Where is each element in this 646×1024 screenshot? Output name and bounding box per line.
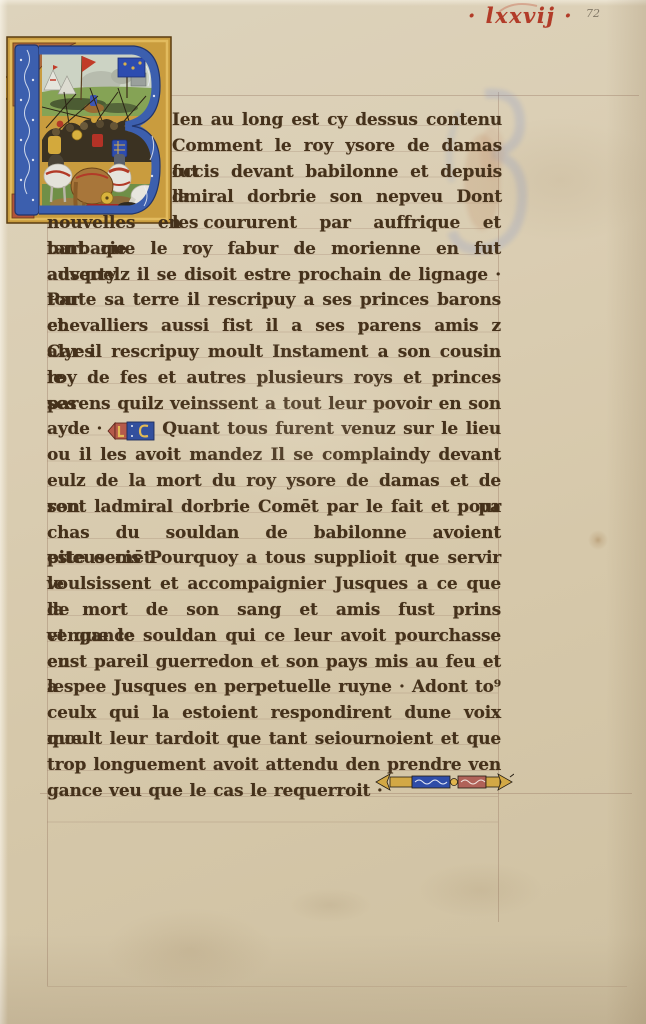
- text-column-full: nouvelles en coururent par auffrique et …: [47, 211, 501, 804]
- text-line: occis devant babilonne et depuis la: [172, 160, 502, 186]
- text-column-indented: Ien au long est cy dessus contenu Commen…: [172, 108, 502, 211]
- text-line: parens quilz veinssent a tout leur povoi…: [47, 392, 501, 418]
- end-of-line-ornament: [374, 772, 514, 792]
- line-filler-ornament: [106, 420, 156, 441]
- text-line: dmiral dorbrie son nepveu Dont les: [172, 185, 502, 211]
- text-line: lespee Jusques en perpetuelle ruyne · Ad…: [47, 675, 501, 701]
- text-line: ceulx qui la estoient respondirent dune …: [47, 701, 501, 727]
- text-line: toute sa terre il rescripuy a ses prince…: [47, 288, 501, 314]
- text-line: la mort de son sang et amis fust prins v…: [47, 598, 501, 624]
- folio-number-pencil: 72: [586, 7, 600, 20]
- text-line: voulsissent et accompaignier Jusques a c…: [47, 572, 501, 598]
- text-line: Car il rescripuy moult Instament a son c…: [47, 340, 501, 366]
- manuscript-page: · lxxvij · 72: [0, 0, 646, 1024]
- text-line: ou il les avoit mandez Il se complaindy …: [47, 443, 501, 469]
- text-line: Quant tous furent venuz sur le lieu: [162, 417, 501, 443]
- text-line: Ien au long est cy dessus contenu: [172, 108, 502, 134]
- text-line: tant que le roy fabur de morienne en fut…: [47, 237, 501, 263]
- text-line: moult leur tardoit que tant seiournoient…: [47, 727, 501, 753]
- text-line: eust pareil guerredon et son pays mis au…: [47, 650, 501, 676]
- text-line: este occis Pourquoy a tous supplioit que…: [47, 546, 501, 572]
- text-line: roy de fes et autres plusieurs roys et p…: [47, 366, 501, 392]
- text-line: ayde ·: [47, 417, 102, 443]
- historiated-initial-miniature: [6, 36, 172, 224]
- text-line: chas du souldan de babilonne avoient pit…: [47, 521, 501, 547]
- text-line-with-filler: ayde · Quant tous furent venuz sur le li…: [47, 417, 501, 443]
- text-line: chevalliers aussi fist il a ses parens a…: [47, 314, 501, 340]
- red-offset-mark: [495, 0, 541, 14]
- text-line: rent ladmiral dorbrie Comēt par le fait …: [47, 495, 501, 521]
- text-line: ausquelz il se disoit estre prochain de …: [47, 263, 501, 289]
- text-line: Comment le roy ysore de damas fut: [172, 134, 502, 160]
- text-line: eulz de la mort du roy ysore de damas et…: [47, 469, 501, 495]
- text-line: nouvelles en coururent par auffrique et …: [47, 211, 501, 237]
- text-line: et que le souldan qui ce leur avoit pour…: [47, 624, 501, 650]
- ruling-horizontal-bottom: [47, 986, 627, 987]
